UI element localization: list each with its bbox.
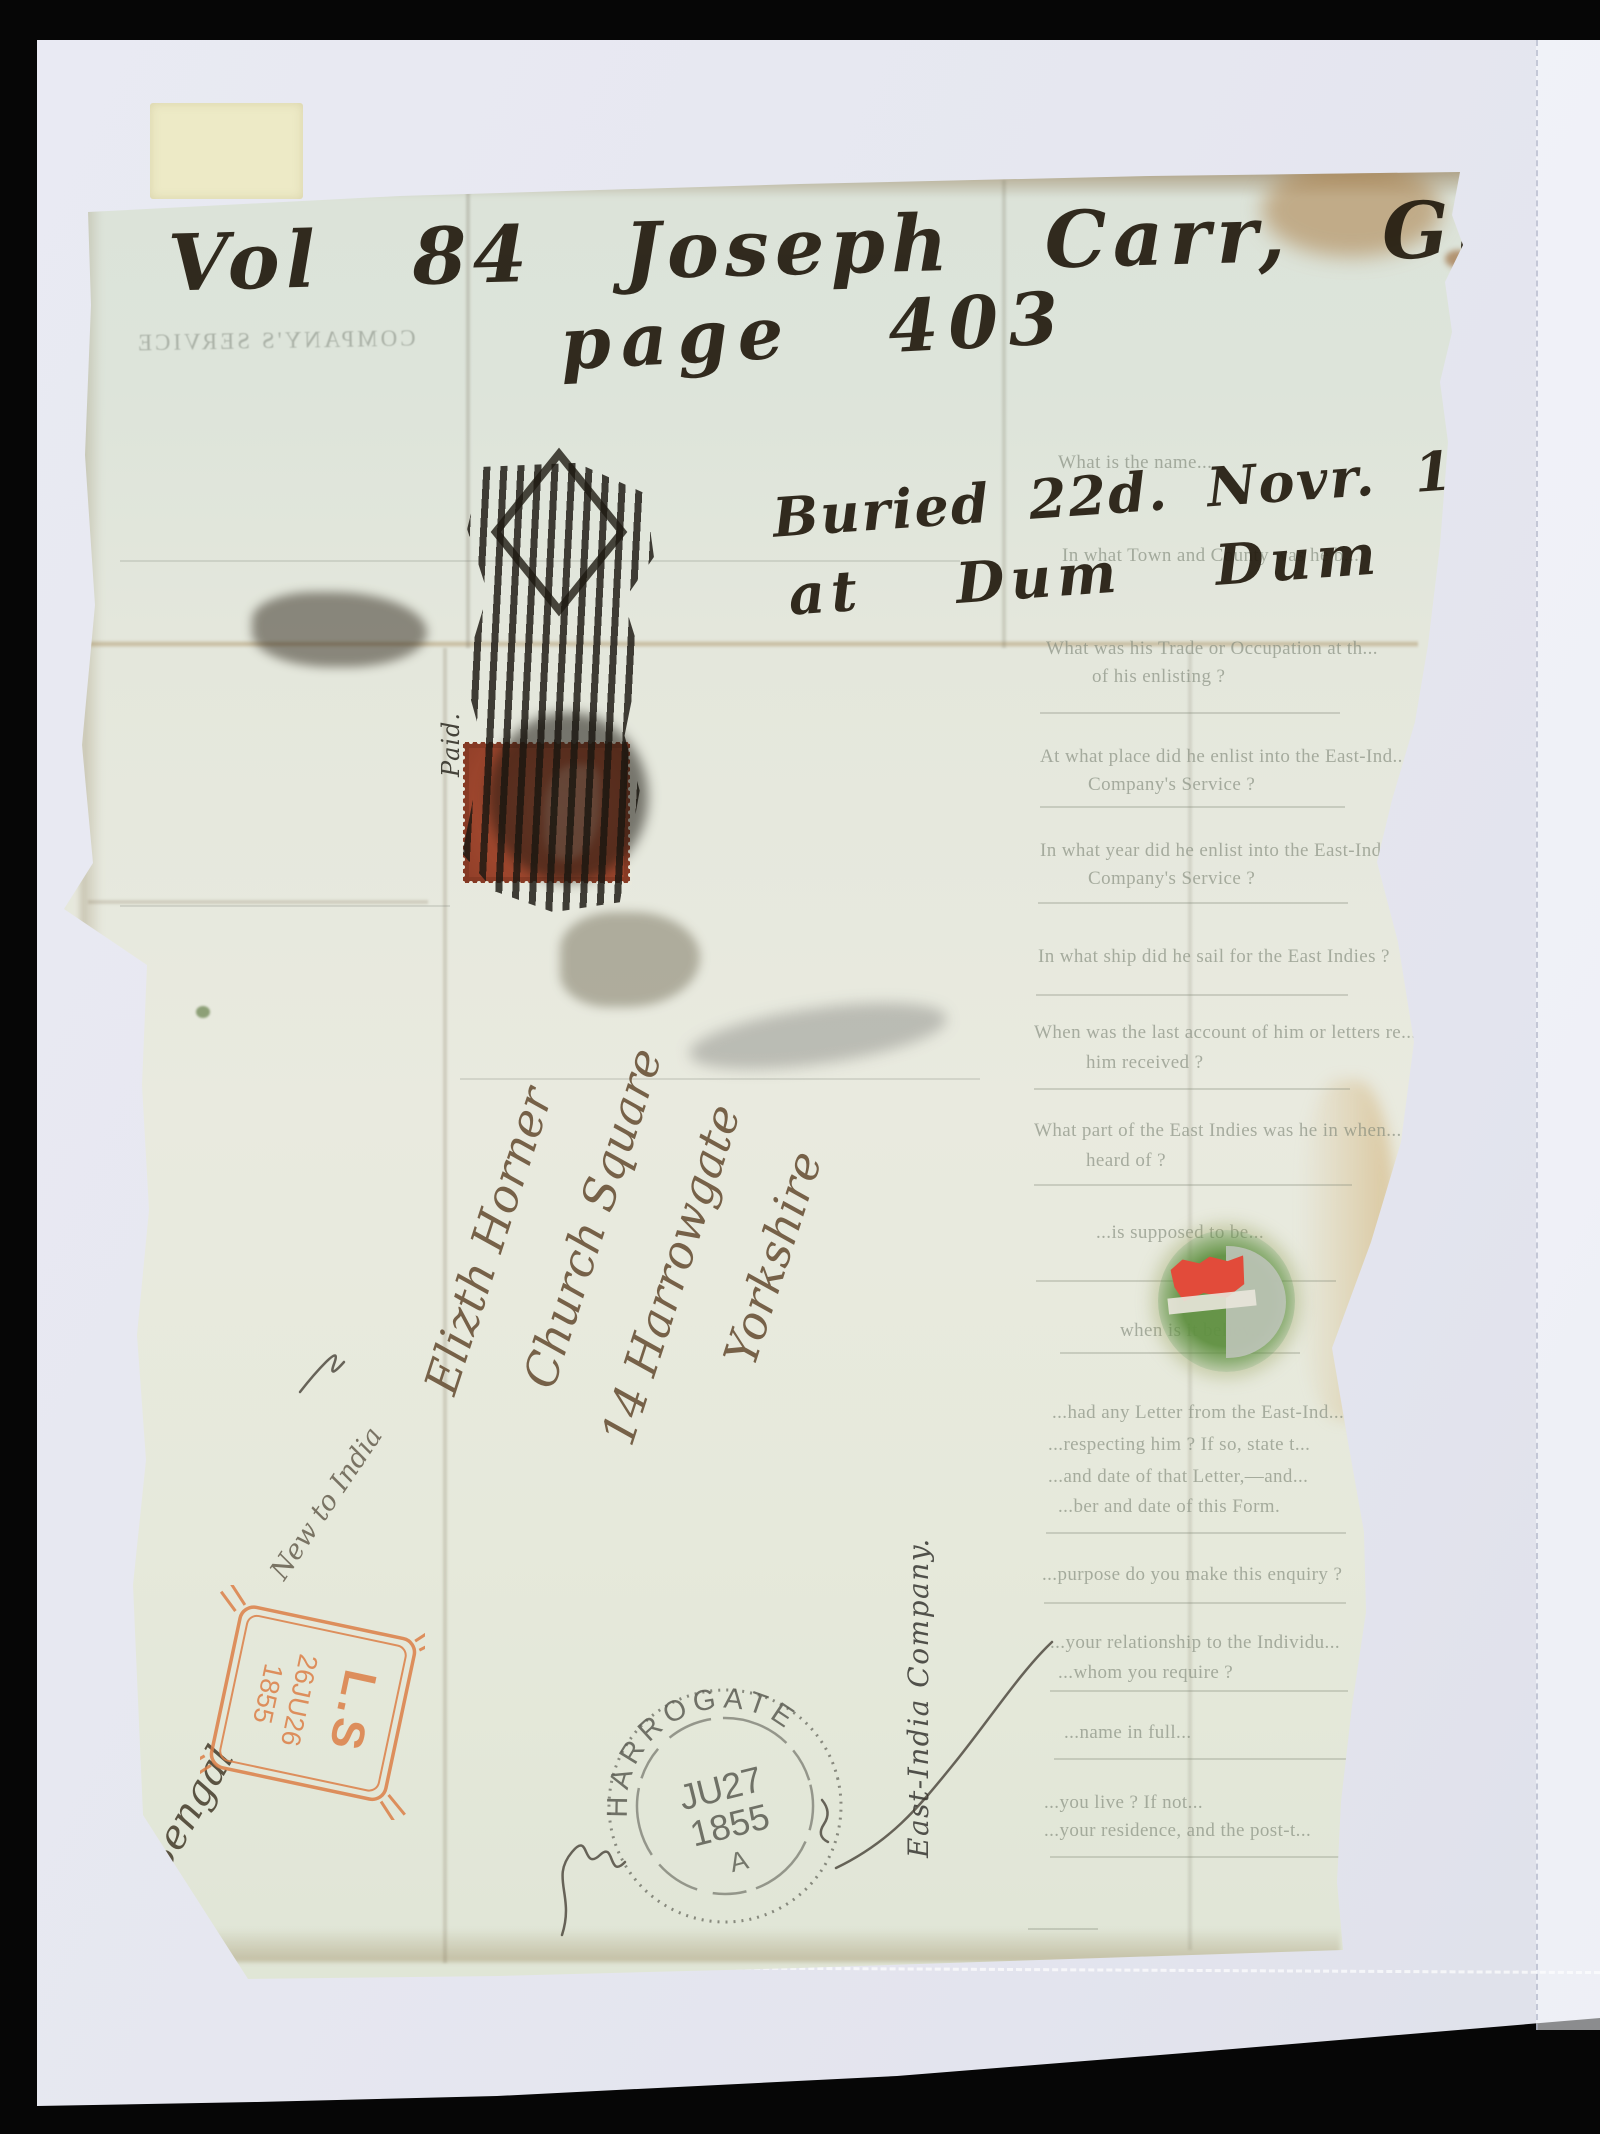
sleeve-edge <box>1536 40 1600 2030</box>
mounting-tab <box>150 103 303 199</box>
photo-of-postal-cover: COMPANY'S SERVICE What is the name... In… <box>0 0 1600 2134</box>
